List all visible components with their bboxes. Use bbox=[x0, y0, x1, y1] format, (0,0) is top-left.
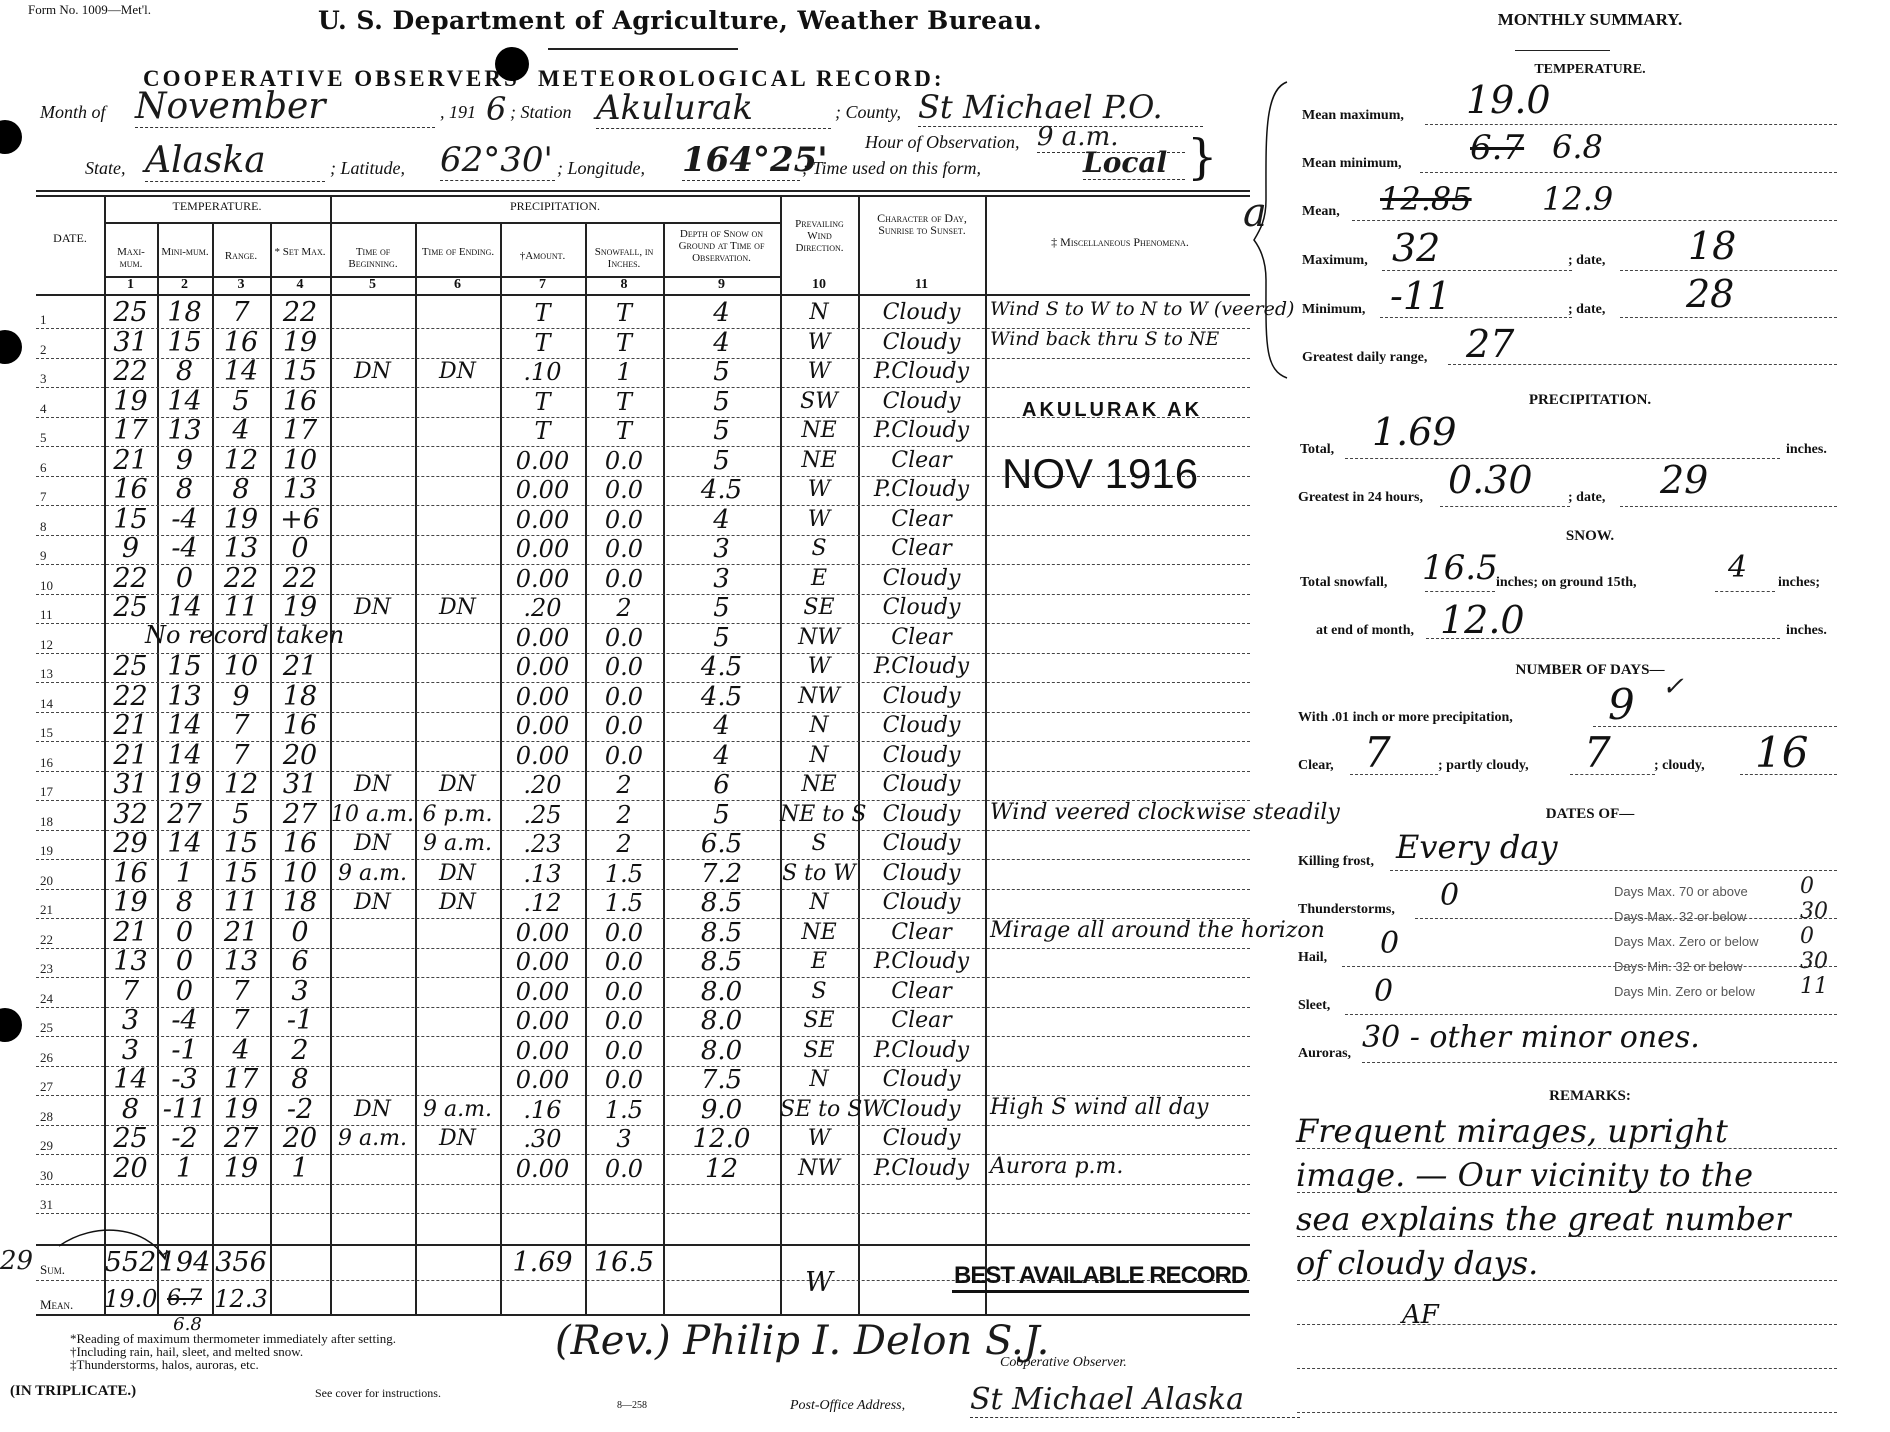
cell-character[interactable]: Cloudy bbox=[858, 829, 985, 859]
cell-min[interactable]: 18 bbox=[157, 298, 212, 328]
time-field[interactable]: Local bbox=[1083, 146, 1185, 180]
cell-wind[interactable]: E bbox=[780, 947, 858, 977]
cell-tend[interactable]: 9 a.m. bbox=[415, 829, 500, 859]
cell-amount[interactable]: 0.00 bbox=[500, 947, 585, 977]
cell-tbeg[interactable]: DN bbox=[330, 1095, 415, 1125]
cell-max[interactable]: 22 bbox=[104, 357, 157, 387]
days-pcloudy-value[interactable]: 7 bbox=[1584, 728, 1611, 777]
cell-range[interactable]: 19 bbox=[212, 1095, 270, 1125]
cell-depth[interactable]: 6 bbox=[663, 770, 780, 800]
cell-min[interactable]: -4 bbox=[157, 534, 212, 564]
thunder-value[interactable]: 0 bbox=[1440, 878, 1459, 913]
cell-range[interactable]: 27 bbox=[212, 1124, 270, 1154]
cell-amount[interactable]: 0.00 bbox=[500, 711, 585, 741]
cell-character[interactable]: Clear bbox=[858, 505, 985, 535]
cell-snow[interactable]: 0.0 bbox=[585, 1006, 663, 1036]
cell-wind[interactable]: N bbox=[780, 741, 858, 771]
cell-max[interactable]: 25 bbox=[104, 652, 157, 682]
cell-depth[interactable]: 12 bbox=[663, 1154, 780, 1184]
cell-snow[interactable]: 2 bbox=[585, 770, 663, 800]
cell-snow[interactable]: T bbox=[585, 298, 663, 328]
cell-snow[interactable]: 0.0 bbox=[585, 711, 663, 741]
cell-wind[interactable]: S bbox=[780, 534, 858, 564]
cell-max[interactable]: 9 bbox=[104, 534, 157, 564]
cell-max[interactable]: 16 bbox=[104, 859, 157, 889]
cell-amount[interactable]: 0.00 bbox=[500, 623, 585, 653]
cell-amount[interactable]: .23 bbox=[500, 829, 585, 859]
cell-range[interactable]: 8 bbox=[212, 475, 270, 505]
cell-character[interactable]: Cloudy bbox=[858, 800, 985, 830]
cell-character[interactable]: Cloudy bbox=[858, 593, 985, 623]
cell-character[interactable]: Cloudy bbox=[858, 564, 985, 594]
cell-wind[interactable]: W bbox=[780, 475, 858, 505]
cell-character[interactable]: Cloudy bbox=[858, 741, 985, 771]
cell-min[interactable]: 9 bbox=[157, 446, 212, 476]
days-cloudy-value[interactable]: 16 bbox=[1755, 728, 1808, 777]
cell-max[interactable]: 3 bbox=[104, 1036, 157, 1066]
cell-tend[interactable]: DN bbox=[415, 1124, 500, 1154]
cell-setmax[interactable]: 18 bbox=[270, 888, 330, 918]
cell-min[interactable]: 19 bbox=[157, 770, 212, 800]
cell-tend[interactable]: DN bbox=[415, 593, 500, 623]
cell-depth[interactable]: 4.5 bbox=[663, 682, 780, 712]
cell-min[interactable]: 0 bbox=[157, 564, 212, 594]
cell-min[interactable]: 0 bbox=[157, 918, 212, 948]
min-date-value[interactable]: 28 bbox=[1686, 272, 1734, 316]
cell-tbeg[interactable]: 9 a.m. bbox=[330, 859, 415, 889]
cell-depth[interactable]: 5 bbox=[663, 446, 780, 476]
cell-wind[interactable]: NE bbox=[780, 770, 858, 800]
cell-misc[interactable]: Aurora p.m. bbox=[990, 1154, 1123, 1179]
cell-min[interactable]: 13 bbox=[157, 416, 212, 446]
cell-depth[interactable]: 4.5 bbox=[663, 475, 780, 505]
cell-snow[interactable]: T bbox=[585, 387, 663, 417]
cell-snow[interactable]: 0.0 bbox=[585, 918, 663, 948]
sleet-value[interactable]: 0 bbox=[1374, 974, 1393, 1009]
cell-range[interactable]: 9 bbox=[212, 682, 270, 712]
cell-character[interactable]: Cloudy bbox=[858, 859, 985, 889]
cell-amount[interactable]: 0.00 bbox=[500, 1006, 585, 1036]
cell-snow[interactable]: 0.0 bbox=[585, 741, 663, 771]
cell-character[interactable]: Cloudy bbox=[858, 711, 985, 741]
cell-wind[interactable]: W bbox=[780, 357, 858, 387]
cell-wind[interactable]: NE bbox=[780, 416, 858, 446]
cell-max[interactable]: 25 bbox=[104, 298, 157, 328]
cell-range[interactable]: 11 bbox=[212, 593, 270, 623]
cell-min[interactable]: -2 bbox=[157, 1124, 212, 1154]
cell-setmax[interactable]: 20 bbox=[270, 1124, 330, 1154]
cell-setmax[interactable]: 21 bbox=[270, 652, 330, 682]
cell-depth[interactable]: 4 bbox=[663, 505, 780, 535]
cell-depth[interactable]: 4.5 bbox=[663, 652, 780, 682]
cell-tbeg[interactable]: 9 a.m. bbox=[330, 1124, 415, 1154]
cell-character[interactable]: Clear bbox=[858, 1006, 985, 1036]
cell-range[interactable]: 12 bbox=[212, 770, 270, 800]
cell-range[interactable]: 7 bbox=[212, 711, 270, 741]
cell-snow[interactable]: 0.0 bbox=[585, 1036, 663, 1066]
cell-character[interactable]: Clear bbox=[858, 446, 985, 476]
cell-character[interactable]: P.Cloudy bbox=[858, 475, 985, 505]
cell-range[interactable]: 10 bbox=[212, 652, 270, 682]
cell-setmax[interactable]: 16 bbox=[270, 829, 330, 859]
cell-depth[interactable]: 5 bbox=[663, 623, 780, 653]
cell-wind[interactable]: NE bbox=[780, 918, 858, 948]
cell-snow[interactable]: 0.0 bbox=[585, 623, 663, 653]
snow-ground-15-value[interactable]: 4 bbox=[1728, 550, 1747, 585]
cell-range[interactable]: 7 bbox=[212, 977, 270, 1007]
days-clear-value[interactable]: 7 bbox=[1364, 728, 1391, 777]
cell-misc[interactable]: NOV 1916 bbox=[1002, 450, 1198, 498]
cell-setmax[interactable]: 3 bbox=[270, 977, 330, 1007]
cell-max[interactable]: 8 bbox=[104, 1095, 157, 1125]
cell-amount[interactable]: 0.00 bbox=[500, 446, 585, 476]
cell-wind[interactable]: S bbox=[780, 829, 858, 859]
cell-min[interactable]: 8 bbox=[157, 475, 212, 505]
cell-wind[interactable]: N bbox=[780, 298, 858, 328]
cell-setmax[interactable]: +6 bbox=[270, 505, 330, 535]
cell-wind[interactable]: W bbox=[780, 652, 858, 682]
cell-min[interactable]: 14 bbox=[157, 593, 212, 623]
cell-depth[interactable]: 4 bbox=[663, 711, 780, 741]
cell-amount[interactable]: .13 bbox=[500, 859, 585, 889]
cell-range[interactable]: 22 bbox=[212, 564, 270, 594]
cell-range[interactable]: 4 bbox=[212, 1036, 270, 1066]
cell-snow[interactable]: T bbox=[585, 328, 663, 358]
cell-wind[interactable]: SE bbox=[780, 593, 858, 623]
cell-amount[interactable]: T bbox=[500, 298, 585, 328]
cell-min[interactable]: 0 bbox=[157, 947, 212, 977]
cell-max[interactable]: 31 bbox=[104, 770, 157, 800]
cell-amount[interactable]: .10 bbox=[500, 357, 585, 387]
cell-snow[interactable]: 0.0 bbox=[585, 977, 663, 1007]
cell-tbeg[interactable]: DN bbox=[330, 888, 415, 918]
cell-wind[interactable]: NW bbox=[780, 682, 858, 712]
cell-min[interactable]: 27 bbox=[157, 800, 212, 830]
cell-setmax[interactable]: 31 bbox=[270, 770, 330, 800]
mean-max-value[interactable]: 19.0 bbox=[1466, 78, 1551, 122]
cell-range[interactable]: 17 bbox=[212, 1065, 270, 1095]
cell-character[interactable]: Cloudy bbox=[858, 298, 985, 328]
cell-character[interactable]: P.Cloudy bbox=[858, 1154, 985, 1184]
cell-character[interactable]: Cloudy bbox=[858, 770, 985, 800]
cell-depth[interactable]: 5 bbox=[663, 387, 780, 417]
cell-setmax[interactable]: 18 bbox=[270, 682, 330, 712]
cell-snow[interactable]: 0.0 bbox=[585, 505, 663, 535]
cell-amount[interactable]: 0.00 bbox=[500, 475, 585, 505]
month-field[interactable]: November bbox=[135, 86, 435, 128]
cell-amount[interactable]: 0.00 bbox=[500, 682, 585, 712]
cell-max[interactable]: 29 bbox=[104, 829, 157, 859]
cell-tend[interactable]: DN bbox=[415, 859, 500, 889]
cell-depth[interactable]: 8.5 bbox=[663, 947, 780, 977]
cell-depth[interactable]: 8.5 bbox=[663, 918, 780, 948]
cell-amount[interactable]: T bbox=[500, 416, 585, 446]
cell-max[interactable]: 21 bbox=[104, 711, 157, 741]
cell-wind[interactable]: SE to SW bbox=[780, 1095, 858, 1125]
threshold-value[interactable]: 30 bbox=[1800, 899, 1828, 924]
mean-value[interactable]: 12.9 bbox=[1542, 180, 1613, 218]
cell-setmax[interactable]: -2 bbox=[270, 1095, 330, 1125]
cell-wind[interactable]: NW bbox=[780, 1154, 858, 1184]
cell-max[interactable]: 31 bbox=[104, 328, 157, 358]
cell-depth[interactable]: 4 bbox=[663, 298, 780, 328]
cell-max[interactable]: 21 bbox=[104, 741, 157, 771]
cell-amount[interactable]: .25 bbox=[500, 800, 585, 830]
cell-range[interactable]: 12 bbox=[212, 446, 270, 476]
cell-character[interactable]: Cloudy bbox=[858, 387, 985, 417]
frost-value[interactable]: Every day bbox=[1396, 828, 1558, 866]
cell-min[interactable]: 15 bbox=[157, 328, 212, 358]
cell-max[interactable]: 13 bbox=[104, 947, 157, 977]
cell-range[interactable]: 7 bbox=[212, 1006, 270, 1036]
cell-wind[interactable]: N bbox=[780, 711, 858, 741]
cell-tend[interactable]: 6 p.m. bbox=[415, 800, 500, 830]
cell-range[interactable]: 5 bbox=[212, 387, 270, 417]
cell-character[interactable]: P.Cloudy bbox=[858, 1036, 985, 1066]
cell-min[interactable]: 15 bbox=[157, 652, 212, 682]
cell-depth[interactable]: 8.0 bbox=[663, 1036, 780, 1066]
cell-setmax[interactable]: 0 bbox=[270, 534, 330, 564]
cell-character[interactable]: Clear bbox=[858, 977, 985, 1007]
cell-setmax[interactable]: 19 bbox=[270, 328, 330, 358]
cell-min[interactable]: 8 bbox=[157, 357, 212, 387]
cell-depth[interactable]: 5 bbox=[663, 593, 780, 623]
cell-depth[interactable]: 12.0 bbox=[663, 1124, 780, 1154]
cell-range[interactable]: 21 bbox=[212, 918, 270, 948]
cell-min[interactable]: -3 bbox=[157, 1065, 212, 1095]
cell-setmax[interactable]: 10 bbox=[270, 859, 330, 889]
min-value[interactable]: -11 bbox=[1390, 274, 1451, 318]
precip-greatest-value[interactable]: 0.30 bbox=[1448, 458, 1533, 502]
cell-setmax[interactable]: 19 bbox=[270, 593, 330, 623]
cell-min[interactable]: -11 bbox=[157, 1095, 212, 1125]
cell-tbeg[interactable]: DN bbox=[330, 829, 415, 859]
cell-depth[interactable]: 8.0 bbox=[663, 1006, 780, 1036]
cell-range[interactable]: 4 bbox=[212, 416, 270, 446]
cell-depth[interactable]: 3 bbox=[663, 534, 780, 564]
cell-wind[interactable]: NW bbox=[780, 623, 858, 653]
cell-amount[interactable]: 0.00 bbox=[500, 741, 585, 771]
cell-snow[interactable]: 2 bbox=[585, 829, 663, 859]
cell-depth[interactable]: 3 bbox=[663, 564, 780, 594]
cell-depth[interactable]: 7.5 bbox=[663, 1065, 780, 1095]
max-date-value[interactable]: 18 bbox=[1688, 224, 1736, 268]
cell-amount[interactable]: 0.00 bbox=[500, 1036, 585, 1066]
cell-amount[interactable]: .16 bbox=[500, 1095, 585, 1125]
cell-min[interactable]: 0 bbox=[157, 977, 212, 1007]
cell-snow[interactable]: 1 bbox=[585, 357, 663, 387]
cell-character[interactable]: P.Cloudy bbox=[858, 947, 985, 977]
cell-character[interactable]: Cloudy bbox=[858, 682, 985, 712]
cell-amount[interactable]: 0.00 bbox=[500, 977, 585, 1007]
cell-setmax[interactable]: 6 bbox=[270, 947, 330, 977]
cell-max[interactable]: 22 bbox=[104, 682, 157, 712]
cell-amount[interactable]: 0.00 bbox=[500, 1065, 585, 1095]
threshold-value[interactable]: 0 bbox=[1800, 924, 1814, 949]
cell-character[interactable]: Cloudy bbox=[858, 328, 985, 358]
cell-depth[interactable]: 8.5 bbox=[663, 888, 780, 918]
cell-min[interactable]: -1 bbox=[157, 1036, 212, 1066]
cell-character[interactable]: Cloudy bbox=[858, 1095, 985, 1125]
cell-snow[interactable]: 0.0 bbox=[585, 682, 663, 712]
cell-character[interactable]: Clear bbox=[858, 918, 985, 948]
cell-wind[interactable]: N bbox=[780, 1065, 858, 1095]
cell-wind[interactable]: E bbox=[780, 564, 858, 594]
longitude-field[interactable]: 164°25' bbox=[682, 140, 800, 181]
cell-max[interactable]: 19 bbox=[104, 888, 157, 918]
precip-greatest-date-value[interactable]: 29 bbox=[1660, 458, 1708, 502]
cell-character[interactable]: Clear bbox=[858, 534, 985, 564]
year-field[interactable]: 6 bbox=[486, 90, 506, 128]
threshold-value[interactable]: 30 bbox=[1800, 949, 1828, 974]
cell-misc[interactable]: High S wind all day bbox=[990, 1095, 1208, 1120]
cell-range[interactable]: 16 bbox=[212, 328, 270, 358]
cell-max[interactable]: 16 bbox=[104, 475, 157, 505]
cell-depth[interactable]: 5 bbox=[663, 416, 780, 446]
cell-max[interactable]: 20 bbox=[104, 1154, 157, 1184]
cell-tend[interactable]: DN bbox=[415, 770, 500, 800]
latitude-field[interactable]: 62°30' bbox=[440, 140, 555, 181]
cell-snow[interactable]: 3 bbox=[585, 1124, 663, 1154]
days-precip-value[interactable]: 9 bbox=[1608, 680, 1635, 729]
cell-amount[interactable]: 0.00 bbox=[500, 564, 585, 594]
cell-amount[interactable]: 0.00 bbox=[500, 918, 585, 948]
cell-amount[interactable]: .20 bbox=[500, 770, 585, 800]
cell-amount[interactable]: .30 bbox=[500, 1124, 585, 1154]
threshold-value[interactable]: 11 bbox=[1800, 974, 1828, 999]
cell-setmax[interactable]: 2 bbox=[270, 1036, 330, 1066]
cell-misc[interactable]: Wind S to W to N to W (veered) bbox=[990, 298, 1294, 320]
cell-character[interactable]: P.Cloudy bbox=[858, 357, 985, 387]
cell-min[interactable]: 13 bbox=[157, 682, 212, 712]
cell-amount[interactable]: T bbox=[500, 387, 585, 417]
cell-depth[interactable]: 6.5 bbox=[663, 829, 780, 859]
cell-snow[interactable]: 0.0 bbox=[585, 534, 663, 564]
cell-max[interactable]: 25 bbox=[104, 593, 157, 623]
cell-depth[interactable]: 5 bbox=[663, 800, 780, 830]
station-field[interactable]: Akulurak bbox=[596, 88, 831, 129]
hail-value[interactable]: 0 bbox=[1380, 926, 1399, 961]
cell-setmax[interactable]: 22 bbox=[270, 564, 330, 594]
cell-setmax[interactable]: 27 bbox=[270, 800, 330, 830]
cell-amount[interactable]: .20 bbox=[500, 593, 585, 623]
cell-range[interactable]: 13 bbox=[212, 947, 270, 977]
cell-amount[interactable]: 0.00 bbox=[500, 1154, 585, 1184]
cell-range[interactable]: 5 bbox=[212, 800, 270, 830]
cell-setmax[interactable]: 16 bbox=[270, 387, 330, 417]
cell-max[interactable]: 21 bbox=[104, 446, 157, 476]
cell-max[interactable]: 17 bbox=[104, 416, 157, 446]
cell-range[interactable]: 14 bbox=[212, 357, 270, 387]
cell-setmax[interactable]: 15 bbox=[270, 357, 330, 387]
cell-wind[interactable]: NE bbox=[780, 446, 858, 476]
cell-max[interactable]: 21 bbox=[104, 918, 157, 948]
cell-setmax[interactable]: 1 bbox=[270, 1154, 330, 1184]
cell-max[interactable]: 22 bbox=[104, 564, 157, 594]
cell-wind[interactable]: SW bbox=[780, 387, 858, 417]
cell-setmax[interactable]: 10 bbox=[270, 446, 330, 476]
cell-tbeg[interactable]: DN bbox=[330, 357, 415, 387]
cell-min[interactable]: 14 bbox=[157, 829, 212, 859]
cell-snow[interactable]: 0.0 bbox=[585, 947, 663, 977]
cell-setmax[interactable]: -1 bbox=[270, 1006, 330, 1036]
cell-depth[interactable]: 5 bbox=[663, 357, 780, 387]
state-field[interactable]: Alaska bbox=[145, 140, 325, 182]
cell-setmax[interactable]: 13 bbox=[270, 475, 330, 505]
cell-setmax[interactable]: 8 bbox=[270, 1065, 330, 1095]
max-value[interactable]: 32 bbox=[1392, 226, 1440, 270]
cell-setmax[interactable]: 16 bbox=[270, 711, 330, 741]
cell-range[interactable]: 19 bbox=[212, 1154, 270, 1184]
cell-amount[interactable]: .12 bbox=[500, 888, 585, 918]
cell-min[interactable]: 1 bbox=[157, 859, 212, 889]
cell-amount[interactable]: 0.00 bbox=[500, 652, 585, 682]
cell-min[interactable]: 8 bbox=[157, 888, 212, 918]
cell-setmax[interactable]: 22 bbox=[270, 298, 330, 328]
cell-misc[interactable]: Wind veered clockwise steadily bbox=[990, 800, 1340, 825]
cell-depth[interactable]: 8.0 bbox=[663, 977, 780, 1007]
cell-max[interactable]: 7 bbox=[104, 977, 157, 1007]
cell-range[interactable]: 19 bbox=[212, 505, 270, 535]
cell-min[interactable]: 14 bbox=[157, 741, 212, 771]
cell-depth[interactable]: 4 bbox=[663, 328, 780, 358]
cell-tbeg[interactable]: DN bbox=[330, 593, 415, 623]
cell-wind[interactable]: N bbox=[780, 888, 858, 918]
cell-range[interactable]: 13 bbox=[212, 534, 270, 564]
cell-range[interactable]: 7 bbox=[212, 298, 270, 328]
cell-wind[interactable]: SE bbox=[780, 1036, 858, 1066]
cell-max[interactable]: 19 bbox=[104, 387, 157, 417]
cell-snow[interactable]: 1.5 bbox=[585, 1095, 663, 1125]
cell-snow[interactable]: 0.0 bbox=[585, 475, 663, 505]
cell-misc[interactable]: Mirage all around the horizon bbox=[990, 918, 1325, 943]
cell-range[interactable]: 7 bbox=[212, 741, 270, 771]
cell-misc[interactable]: AKULURAK AK bbox=[1022, 399, 1202, 422]
cell-snow[interactable]: 2 bbox=[585, 593, 663, 623]
cell-tend[interactable]: DN bbox=[415, 888, 500, 918]
cell-tend[interactable]: DN bbox=[415, 357, 500, 387]
cell-depth[interactable]: 4 bbox=[663, 741, 780, 771]
threshold-value[interactable]: 0 bbox=[1800, 874, 1814, 899]
cell-wind[interactable]: SE bbox=[780, 1006, 858, 1036]
cell-min[interactable]: 1 bbox=[157, 1154, 212, 1184]
cell-tend[interactable]: 9 a.m. bbox=[415, 1095, 500, 1125]
greatest-range-value[interactable]: 27 bbox=[1466, 322, 1514, 366]
cell-depth[interactable]: 7.2 bbox=[663, 859, 780, 889]
cell-min[interactable]: 14 bbox=[157, 711, 212, 741]
auroras-value[interactable]: 30 - other minor ones. bbox=[1362, 1020, 1700, 1055]
cell-max[interactable]: 3 bbox=[104, 1006, 157, 1036]
cell-tbeg[interactable]: 10 a.m. bbox=[330, 800, 415, 830]
cell-range[interactable]: 15 bbox=[212, 859, 270, 889]
cell-max[interactable]: 25 bbox=[104, 1124, 157, 1154]
cell-character[interactable]: Cloudy bbox=[858, 888, 985, 918]
cell-snow[interactable]: T bbox=[585, 416, 663, 446]
cell-setmax[interactable]: 0 bbox=[270, 918, 330, 948]
cell-setmax[interactable]: 20 bbox=[270, 741, 330, 771]
cell-min[interactable]: -4 bbox=[157, 1006, 212, 1036]
cell-wind[interactable]: S to W bbox=[780, 859, 858, 889]
cell-wind[interactable]: W bbox=[780, 328, 858, 358]
cell-depth[interactable]: 9.0 bbox=[663, 1095, 780, 1125]
cell-character[interactable]: Clear bbox=[858, 623, 985, 653]
cell-snow[interactable]: 1.5 bbox=[585, 859, 663, 889]
cell-character[interactable]: P.Cloudy bbox=[858, 416, 985, 446]
precip-total-value[interactable]: 1.69 bbox=[1372, 410, 1457, 454]
cell-amount[interactable]: 0.00 bbox=[500, 505, 585, 535]
cell-wind[interactable]: W bbox=[780, 1124, 858, 1154]
cell-range[interactable]: 11 bbox=[212, 888, 270, 918]
